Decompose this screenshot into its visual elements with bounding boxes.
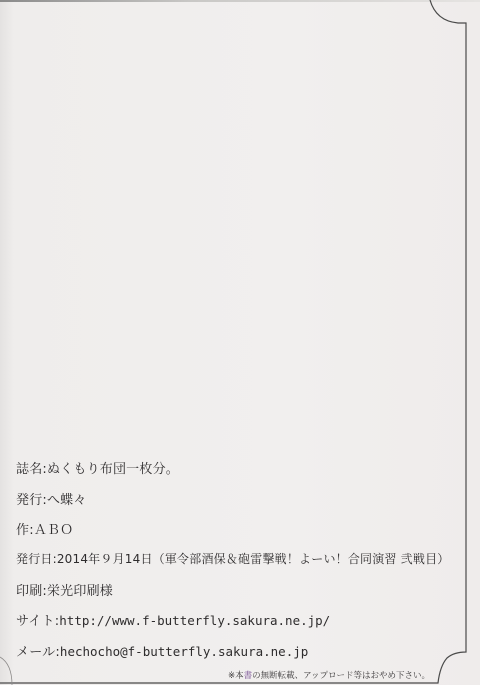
date-label: 発行日: — [16, 552, 57, 566]
author-value: ＡＢＯ — [34, 523, 74, 538]
site-url-link[interactable]: http://www.f-butterfly.sakura.ne.jp/ — [59, 613, 330, 628]
printer-value: 栄光印刷様 — [47, 584, 113, 599]
colophon-author: 作:ＡＢＯ — [16, 519, 73, 538]
colophon-printer: 印刷:栄光印刷様 — [16, 580, 113, 599]
colophon-mail: メール:hechocho@f-butterfly.sakura.ne.jp — [16, 641, 308, 660]
site-label: サイト: — [16, 614, 59, 629]
title-value: ぬくもり布団一枚分。 — [47, 462, 179, 477]
notice-prefix: ※本 — [228, 671, 244, 681]
colophon-date: 発行日:2014年９月14日（軍令部酒保＆砲雷撃戦！よーい！合同演習 弐戦目） — [16, 550, 449, 567]
colophon-publisher: 発行:へ蝶々 — [16, 489, 87, 508]
title-label: 誌名: — [16, 462, 47, 477]
colophon-title: 誌名:ぬくもり布団一枚分。 — [16, 458, 179, 477]
date-value: 2014年９月14日（軍令部酒保＆砲雷撃戦！よーい！合同演習 弐戦目） — [57, 552, 450, 566]
notice-accent: 書 — [244, 671, 253, 681]
publisher-label: 発行: — [16, 493, 47, 508]
mail-label: メール: — [16, 645, 60, 660]
author-label: 作: — [16, 523, 34, 538]
printer-label: 印刷: — [16, 584, 47, 599]
copyright-notice: ※本書の無断転載、アップロード等はおやめ下さい。 — [228, 669, 430, 681]
publisher-value: へ蝶々 — [47, 493, 87, 508]
colophon-site: サイト:http://www.f-butterfly.sakura.ne.jp/ — [16, 610, 330, 629]
mail-address-link[interactable]: hechocho@f-butterfly.sakura.ne.jp — [60, 644, 308, 659]
notice-suffix: の無断転載、アップロード等はおやめ下さい。 — [252, 671, 430, 681]
